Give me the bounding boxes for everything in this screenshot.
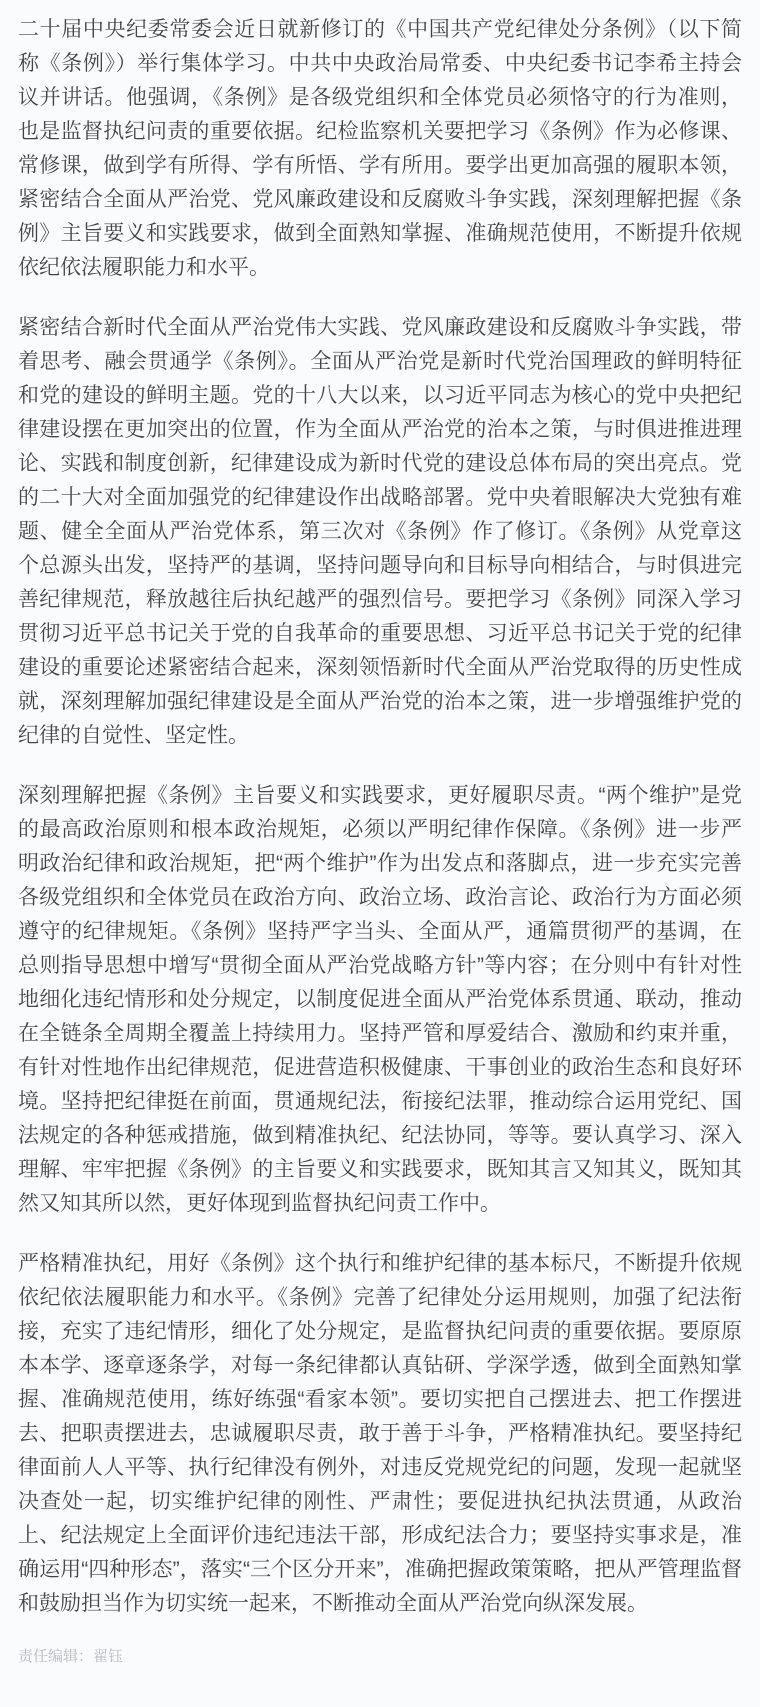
article-paragraph-4: 严格精准执纪，用好《条例》这个执行和维护纪律的基本标尺，不断提升依规依纪依法履职… <box>18 1247 742 1621</box>
article-paragraph-2: 紧密结合新时代全面从严治党伟大实践、党风廉政建设和反腐败斗争实践，带着思考、融会… <box>18 311 742 753</box>
editor-credit: 责任编辑：翟钰 <box>18 1647 742 1667</box>
article-paragraph-1: 二十届中央纪委常委会近日就新修订的《中国共产党纪律处分条例》（以下简称《条例》）… <box>18 13 742 285</box>
article-body: 二十届中央纪委常委会近日就新修订的《中国共产党纪律处分条例》（以下简称《条例》）… <box>0 0 760 1707</box>
article-paragraph-3: 深刻理解把握《条例》主旨要义和实践要求，更好履职尽责。“两个维护”是党的最高政治… <box>18 779 742 1221</box>
